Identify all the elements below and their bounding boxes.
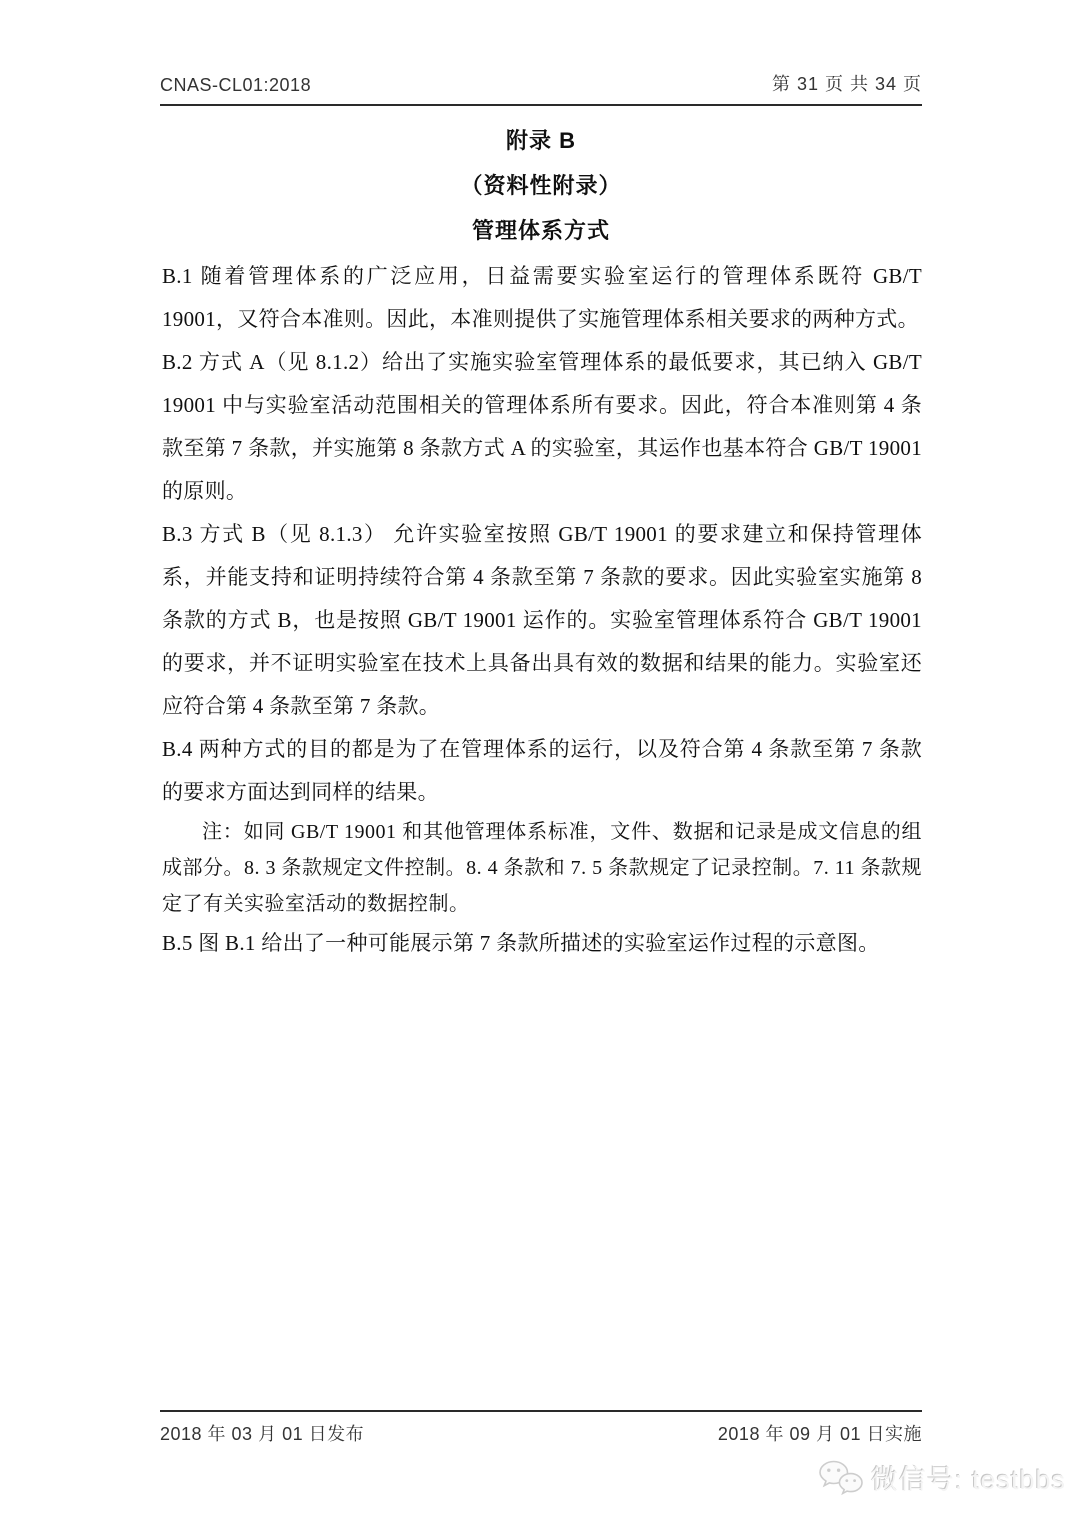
paragraph-b5: B.5 图 B.1 给出了一种可能展示第 7 条款所描述的实验室运作过程的示意图… [162, 922, 922, 965]
paragraph-b1: B.1 随着管理体系的广泛应用，日益需要实验室运行的管理体系既符 GB/T 19… [162, 255, 922, 341]
page-header: CNAS-CL01:2018 第 31 页 共 34 页 [160, 70, 922, 106]
page-footer: 2018 年 03 月 01 日发布 2018 年 09 月 01 日实施 [160, 1410, 922, 1446]
paragraph-b4: B.4 两种方式的目的都是为了在管理体系的运行，以及符合第 4 条款至第 7 条… [162, 728, 922, 814]
paragraph-b3: B.3 方式 B（见 8.1.3） 允许实验室按照 GB/T 19001 的要求… [162, 513, 922, 728]
footer-issue-date: 2018 年 03 月 01 日发布 [160, 1420, 364, 1446]
note-paragraph: 注：如同 GB/T 19001 和其他管理体系标准，文件、数据和记录是成文信息的… [162, 814, 922, 922]
paragraph-b2: B.2 方式 A（见 8.1.2）给出了实施实验室管理体系的最低要求，其已纳入 … [162, 341, 922, 513]
header-page-info: 第 31 页 共 34 页 [772, 70, 922, 96]
watermark: 微信号: testbbs [818, 1458, 1066, 1497]
document-page: CNAS-CL01:2018 第 31 页 共 34 页 附录 B （资料性附录… [0, 0, 1080, 1527]
title-block: 附录 B （资料性附录） 管理体系方式 [160, 118, 922, 253]
wechat-icon [818, 1460, 864, 1496]
appendix-title: 附录 B [160, 118, 922, 163]
footer-implement-date: 2018 年 09 月 01 日实施 [718, 1420, 922, 1446]
document-body: B.1 随着管理体系的广泛应用，日益需要实验室运行的管理体系既符 GB/T 19… [162, 255, 922, 965]
watermark-text: 微信号: testbbs [871, 1458, 1066, 1497]
section-title: 管理体系方式 [160, 208, 922, 253]
header-doc-code: CNAS-CL01:2018 [160, 75, 311, 96]
appendix-subtitle: （资料性附录） [160, 163, 922, 208]
